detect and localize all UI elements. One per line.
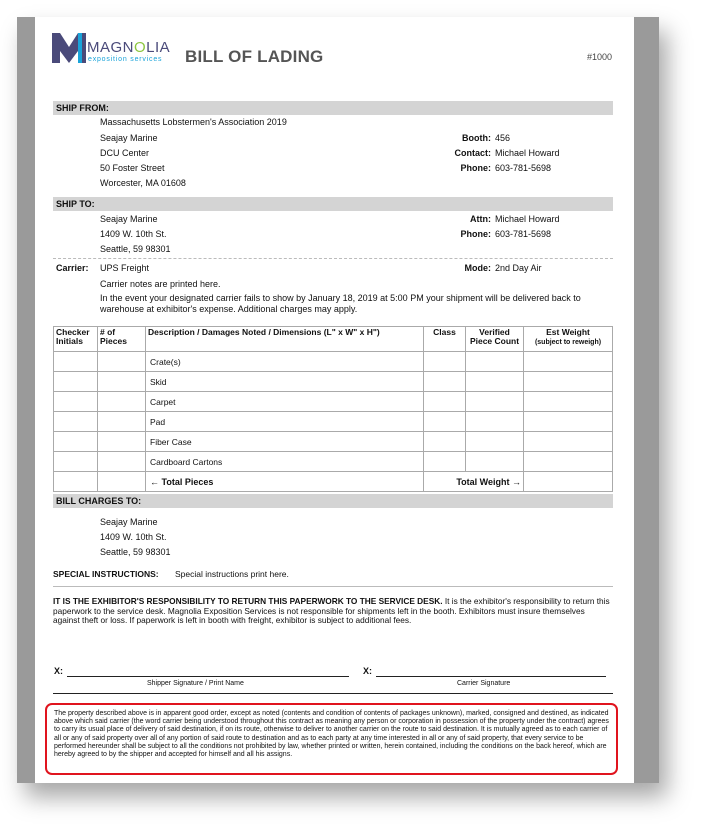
booth-value: 456 <box>495 133 510 144</box>
shipper-signature-caption: Shipper Signature / Print Name <box>147 678 244 689</box>
est-weight-cell[interactable] <box>524 452 613 472</box>
est-weight-cell[interactable] <box>524 352 613 372</box>
mode-value: 2nd Day Air <box>495 263 542 274</box>
ship-to-line: Seattle, 59 98301 <box>100 244 171 255</box>
table-row: Crate(s) <box>54 352 613 372</box>
total-weight-label: Total Weight → <box>424 472 524 492</box>
ship-from-phone-value: 603-781-5698 <box>495 163 551 174</box>
special-instructions-text: Special instructions print here. <box>175 569 289 580</box>
table-row: Cardboard Cartons <box>54 452 613 472</box>
verified-count-cell[interactable] <box>466 452 524 472</box>
ship-to-heading: SHIP TO: <box>53 197 613 211</box>
description-cell: Crate(s) <box>146 352 424 372</box>
responsibility-notice: IT IS THE EXHIBITOR'S RESPONSIBILITY TO … <box>53 597 613 626</box>
table-row: Pad <box>54 412 613 432</box>
checker-initials-cell[interactable] <box>54 352 98 372</box>
class-cell[interactable] <box>424 352 466 372</box>
responsibility-heading: IT IS THE EXHIBITOR'S RESPONSIBILITY TO … <box>53 596 443 606</box>
verified-count-cell[interactable] <box>466 392 524 412</box>
contact-label: Contact: <box>371 148 491 158</box>
carrier-notes: Carrier notes are printed here. <box>100 279 221 290</box>
bill-of-lading-page: MAGNOLIA exposition services BILL OF LAD… <box>35 17 634 783</box>
header-est-weight: Est Weight(subject to reweigh) <box>524 327 613 352</box>
ship-from-line: Worcester, MA 01608 <box>100 178 186 189</box>
class-cell[interactable] <box>424 392 466 412</box>
header-verified-count: Verified Piece Count <box>466 327 524 352</box>
divider <box>53 586 613 587</box>
class-cell[interactable] <box>424 412 466 432</box>
checker-initials-cell[interactable] <box>54 452 98 472</box>
header-class: Class <box>424 327 466 352</box>
total-pieces-cell[interactable] <box>98 472 146 492</box>
description-cell: Cardboard Cartons <box>146 452 424 472</box>
document-number: #1000 <box>587 52 612 62</box>
ship-to-phone-label: Phone: <box>371 229 491 239</box>
attn-value: Michael Howard <box>495 214 560 225</box>
verified-count-cell[interactable] <box>466 432 524 452</box>
items-table: Checker Initials # of Pieces Description… <box>53 326 613 492</box>
description-cell: Pad <box>146 412 424 432</box>
document-title: BILL OF LADING <box>185 47 323 67</box>
ship-from-phone-label: Phone: <box>371 163 491 173</box>
ship-from-line: 50 Foster Street <box>100 163 165 174</box>
ship-to-line: 1409 W. 10th St. <box>100 229 167 240</box>
dashed-divider <box>53 258 613 259</box>
checker-initials-cell[interactable] <box>54 372 98 392</box>
totals-row: ← Total Pieces Total Weight → <box>54 472 613 492</box>
est-weight-cell[interactable] <box>524 412 613 432</box>
class-cell[interactable] <box>424 432 466 452</box>
table-row: Skid <box>54 372 613 392</box>
pieces-cell[interactable] <box>98 412 146 432</box>
logo-tagline: exposition services <box>88 56 162 63</box>
pieces-cell[interactable] <box>98 372 146 392</box>
ship-from-line: Seajay Marine <box>100 133 158 144</box>
legal-terms-box: The property described above is in appar… <box>45 703 618 775</box>
magnolia-m-icon <box>52 31 86 63</box>
description-cell: Fiber Case <box>146 432 424 452</box>
header-checker-initials: Checker Initials <box>54 327 98 352</box>
carrier-signature-line[interactable] <box>376 676 606 677</box>
ship-to-line: Seajay Marine <box>100 214 158 225</box>
pieces-cell[interactable] <box>98 432 146 452</box>
table-row: Carpet <box>54 392 613 412</box>
bill-charges-heading: BILL CHARGES TO: <box>53 494 613 508</box>
attn-label: Attn: <box>371 214 491 224</box>
total-weight-cell[interactable] <box>524 472 613 492</box>
mode-label: Mode: <box>371 263 491 273</box>
signature-divider <box>53 693 613 694</box>
est-weight-cell[interactable] <box>524 392 613 412</box>
special-instructions-label: SPECIAL INSTRUCTIONS: <box>53 569 159 580</box>
carrier-signature-caption: Carrier Signature <box>457 678 510 689</box>
carrier-x-label: X: <box>363 666 372 677</box>
header-description: Description / Damages Noted / Dimensions… <box>146 327 424 352</box>
checker-initials-cell[interactable] <box>54 432 98 452</box>
reweigh-note: (subject to reweigh) <box>535 339 601 346</box>
description-cell: Carpet <box>146 392 424 412</box>
contact-value: Michael Howard <box>495 148 560 159</box>
booth-label: Booth: <box>371 133 491 143</box>
verified-count-cell[interactable] <box>466 372 524 392</box>
checker-initials-cell[interactable] <box>54 412 98 432</box>
checker-cell[interactable] <box>54 472 98 492</box>
carrier-warning: In the event your designated carrier fai… <box>100 293 615 315</box>
shipper-signature-line[interactable] <box>67 676 349 677</box>
table-header-row: Checker Initials # of Pieces Description… <box>54 327 613 352</box>
ship-to-phone-value: 603-781-5698 <box>495 229 551 240</box>
pieces-cell[interactable] <box>98 452 146 472</box>
table-row: Fiber Case <box>54 432 613 452</box>
ship-from-line: DCU Center <box>100 148 149 159</box>
bill-to-line: 1409 W. 10th St. <box>100 532 167 543</box>
class-cell[interactable] <box>424 452 466 472</box>
verified-count-cell[interactable] <box>466 352 524 372</box>
pieces-cell[interactable] <box>98 352 146 372</box>
carrier-label: Carrier: <box>56 263 89 274</box>
bill-to-line: Seattle, 59 98301 <box>100 547 171 558</box>
ship-from-line: Massachusetts Lobstermen's Association 2… <box>100 117 287 128</box>
total-pieces-label: ← Total Pieces <box>146 472 424 492</box>
checker-initials-cell[interactable] <box>54 392 98 412</box>
est-weight-cell[interactable] <box>524 432 613 452</box>
pieces-cell[interactable] <box>98 392 146 412</box>
legal-terms-text: The property described above is in appar… <box>54 710 609 758</box>
carrier-name: UPS Freight <box>100 263 149 274</box>
magnolia-logo: MAGNOLIA exposition services <box>52 31 177 67</box>
header-pieces: # of Pieces <box>98 327 146 352</box>
shipper-x-label: X: <box>54 666 63 677</box>
ship-from-heading: SHIP FROM: <box>53 101 613 115</box>
class-cell[interactable] <box>424 372 466 392</box>
description-cell: Skid <box>146 372 424 392</box>
verified-count-cell[interactable] <box>466 412 524 432</box>
bill-to-line: Seajay Marine <box>100 517 158 528</box>
est-weight-label: Est Weight <box>546 327 590 337</box>
logo-brand: MAGNOLIA <box>87 39 170 56</box>
est-weight-cell[interactable] <box>524 372 613 392</box>
